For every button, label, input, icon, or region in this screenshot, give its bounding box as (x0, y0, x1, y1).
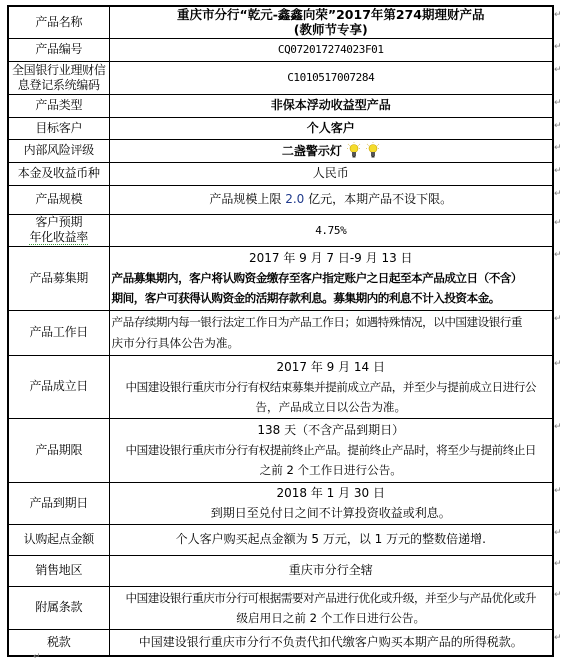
label-product-code: 产品编号 (8, 38, 109, 61)
product-name-line-2: (教师节专享) (112, 22, 551, 37)
paragraph-mark-icon: ↵ (554, 314, 562, 324)
table-row-product-term: 产品期限 138 天（不含产品到期日） 中国建设银行重庆市分行有权提前终止产品。… (8, 418, 553, 482)
label-sales-region: 销售地区 (8, 555, 109, 586)
paragraph-mark-icon: ↵ (554, 143, 562, 153)
value-supplementary-terms[interactable]: 中国建设银行重庆市分行可根据需要对产品进行优化或升级，并至少与产品优化或升 级启… (109, 586, 553, 629)
lightbulb-icon (347, 142, 361, 158)
table-row-establishment-date: 产品成立日 2017 年 9 月 14 日 中国建设银行重庆市分行有权结束募集并… (8, 355, 553, 418)
supplementary-line-2: 级启用日之前 2 个工作日进行公告。 (112, 608, 551, 628)
label-tax: 税款 (8, 629, 109, 656)
paragraph-mark-icon: ↵ (554, 590, 562, 600)
yield-label-line-2: 年化收益率 (29, 230, 88, 245)
table-row-product-code: 产品编号 CQ072017274023F01 (8, 38, 553, 61)
risk-rating-text: 二盏警示灯 (282, 144, 342, 158)
paragraph-mark-icon: ↵ (554, 250, 562, 260)
label-product-name: 产品名称 (8, 6, 109, 38)
paragraph-mark-icon: ↵ (554, 218, 562, 228)
table-row-target-customer: 目标客户 个人客户 (8, 117, 553, 139)
scale-number: 2.0 (285, 192, 304, 206)
paragraph-mark-icon: ↵ (554, 422, 562, 432)
value-subscription-period[interactable]: 2017 年 9 月 7 日-9 月 13 日 产品募集期内，客户将认购资金缴存… (109, 246, 553, 310)
label-subscription-period: 产品募集期 (8, 246, 109, 310)
table-row-product-type: 产品类型 非保本浮动收益型产品 (8, 94, 553, 117)
paragraph-mark-icon: ↵ (33, 652, 41, 662)
value-product-name[interactable]: 重庆市分行“乾元-鑫鑫向荣”2017年第274期理财产品 (教师节专享) (109, 6, 553, 38)
subscription-note-line-1: 产品募集期内，客户将认购资金缴存至客户指定账户之日起至本产品成立日（不含） (112, 268, 551, 288)
scale-suffix: 亿元，本期产品不设下限。 (304, 192, 452, 206)
table-row-subscription-period: 产品募集期 2017 年 9 月 7 日-9 月 13 日 产品募集期内，客户将… (8, 246, 553, 310)
paragraph-mark-icon: ↵ (554, 559, 562, 569)
label-risk-rating: 内部风险评级 (8, 139, 109, 162)
paragraph-mark-icon: ↵ (554, 98, 562, 108)
subscription-note-line-2: 期间，客户可获得认购资金的活期存款利息。募集期内的利息不计入投资本金。 (112, 288, 551, 308)
label-target-customer: 目标客户 (8, 117, 109, 139)
value-target-customer[interactable]: 个人客户 (109, 117, 553, 139)
scale-prefix: 产品规模上限 (209, 192, 285, 206)
working-day-line-1: 产品存续期内每一银行法定工作日为产品工作日；如遇特殊情况，以中国建设银行重 (112, 312, 551, 333)
subscription-dates: 2017 年 9 月 7 日-9 月 13 日 (112, 248, 551, 268)
paragraph-mark-icon: ↵ (554, 121, 562, 131)
value-product-type[interactable]: 非保本浮动收益型产品 (109, 94, 553, 117)
label-supplementary-terms: 附属条款 (8, 586, 109, 629)
paragraph-mark-icon: ↵ (554, 166, 562, 176)
label-registration-code: 全国银行业理财信 息登记系统编码 (8, 61, 109, 94)
lightbulb-icon (366, 142, 380, 158)
establishment-note-line-1: 中国建设银行重庆市分行有权结束募集并提前成立产品，并至少与提前成立日进行公 (112, 377, 551, 397)
value-working-day[interactable]: 产品存续期内每一银行法定工作日为产品工作日；如遇特殊情况，以中国建设银行重 庆市… (109, 310, 553, 355)
value-expected-yield[interactable]: 4.75% (109, 214, 553, 246)
supplementary-line-1: 中国建设银行重庆市分行可根据需要对产品进行优化或升级，并至少与产品优化或升 (112, 588, 551, 608)
label-product-term: 产品期限 (8, 418, 109, 482)
paragraph-mark-icon: ↵ (554, 528, 562, 538)
table-row-working-day: 产品工作日 产品存续期内每一银行法定工作日为产品工作日；如遇特殊情况，以中国建设… (8, 310, 553, 355)
product-info-table: 产品名称 重庆市分行“乾元-鑫鑫向荣”2017年第274期理财产品 (教师节专享… (7, 5, 554, 657)
table-row-product-scale: 产品规模 产品规模上限 2.0 亿元，本期产品不设下限。 (8, 185, 553, 214)
value-risk-rating[interactable]: 二盏警示灯 (109, 139, 553, 162)
maturity-date: 2018 年 1 月 30 日 (112, 483, 551, 503)
table-row-risk-rating: 内部风险评级 二盏警示灯 (8, 139, 553, 162)
value-minimum-subscription[interactable]: 个人客户购买起点金额为 5 万元，以 1 万元的整数倍递增. (109, 524, 553, 555)
table-row-product-name: 产品名称 重庆市分行“乾元-鑫鑫向荣”2017年第274期理财产品 (教师节专享… (8, 6, 553, 38)
table-row-registration-code: 全国银行业理财信 息登记系统编码 C1010517007284 (8, 61, 553, 94)
label-working-day: 产品工作日 (8, 310, 109, 355)
term-note-line-1: 中国建设银行重庆市分行有权提前终止产品。提前终止产品时，将至少与提前终止日 (112, 440, 551, 460)
label-expected-yield: 客户预期 年化收益率 (8, 214, 109, 246)
registration-label-line-2: 息登记系统编码 (11, 78, 107, 93)
label-product-scale: 产品规模 (8, 185, 109, 214)
table-row-supplementary-terms: 附属条款 中国建设银行重庆市分行可根据需要对产品进行优化或升级，并至少与产品优化… (8, 586, 553, 629)
maturity-note: 到期日至兑付日之间不计算投资收益或利息。 (112, 503, 551, 523)
term-days: 138 天（不含产品到期日） (112, 420, 551, 440)
label-currency: 本金及收益币种 (8, 162, 109, 185)
value-tax[interactable]: 中国建设银行重庆市分行不负责代扣代缴客户购买本期产品的所得税款。 (109, 629, 553, 656)
paragraph-mark-icon: ↵ (554, 359, 562, 369)
table-row-maturity-date: 产品到期日 2018 年 1 月 30 日 到期日至兑付日之间不计算投资收益或利… (8, 482, 553, 524)
value-product-code[interactable]: CQ072017274023F01 (109, 38, 553, 61)
label-product-type: 产品类型 (8, 94, 109, 117)
value-registration-code[interactable]: C1010517007284 (109, 61, 553, 94)
label-establishment-date: 产品成立日 (8, 355, 109, 418)
paragraph-mark-icon: ↵ (554, 633, 562, 643)
establishment-note-line-2: 告，产品成立日以公告为准。 (112, 397, 551, 417)
value-product-scale[interactable]: 产品规模上限 2.0 亿元，本期产品不设下限。 (109, 185, 553, 214)
table-row-tax: 税款 中国建设银行重庆市分行不负责代扣代缴客户购买本期产品的所得税款。 (8, 629, 553, 656)
product-name-line-1: 重庆市分行“乾元-鑫鑫向荣”2017年第274期理财产品 (112, 7, 551, 22)
paragraph-mark-icon: ↵ (554, 486, 562, 496)
label-maturity-date: 产品到期日 (8, 482, 109, 524)
registration-label-line-1: 全国银行业理财信 (11, 63, 107, 78)
paragraph-mark-icon: ↵ (554, 10, 562, 20)
value-establishment-date[interactable]: 2017 年 9 月 14 日 中国建设银行重庆市分行有权结束募集并提前成立产品… (109, 355, 553, 418)
label-minimum-subscription: 认购起点金额 (8, 524, 109, 555)
value-product-term[interactable]: 138 天（不含产品到期日） 中国建设银行重庆市分行有权提前终止产品。提前终止产… (109, 418, 553, 482)
establishment-date: 2017 年 9 月 14 日 (112, 357, 551, 377)
table-row-minimum-subscription: 认购起点金额 个人客户购买起点金额为 5 万元，以 1 万元的整数倍递增. (8, 524, 553, 555)
paragraph-mark-icon: ↵ (554, 42, 562, 52)
paragraph-mark-icon: ↵ (554, 65, 562, 75)
table-row-expected-yield: 客户预期 年化收益率 4.75% (8, 214, 553, 246)
value-maturity-date[interactable]: 2018 年 1 月 30 日 到期日至兑付日之间不计算投资收益或利息。 (109, 482, 553, 524)
yield-label-line-1: 客户预期 (11, 215, 107, 230)
document-page: 产品名称 重庆市分行“乾元-鑫鑫向荣”2017年第274期理财产品 (教师节专享… (0, 0, 567, 668)
value-sales-region[interactable]: 重庆市分行全辖 (109, 555, 553, 586)
table-row-sales-region: 销售地区 重庆市分行全辖 (8, 555, 553, 586)
paragraph-mark-icon: ↵ (554, 189, 562, 199)
working-day-line-2: 庆市分行具体公告为准。 (112, 333, 551, 354)
term-note-line-2: 之前 2 个工作日进行公告。 (112, 460, 551, 480)
table-row-currency: 本金及收益币种 人民币 (8, 162, 553, 185)
value-currency[interactable]: 人民币 (109, 162, 553, 185)
